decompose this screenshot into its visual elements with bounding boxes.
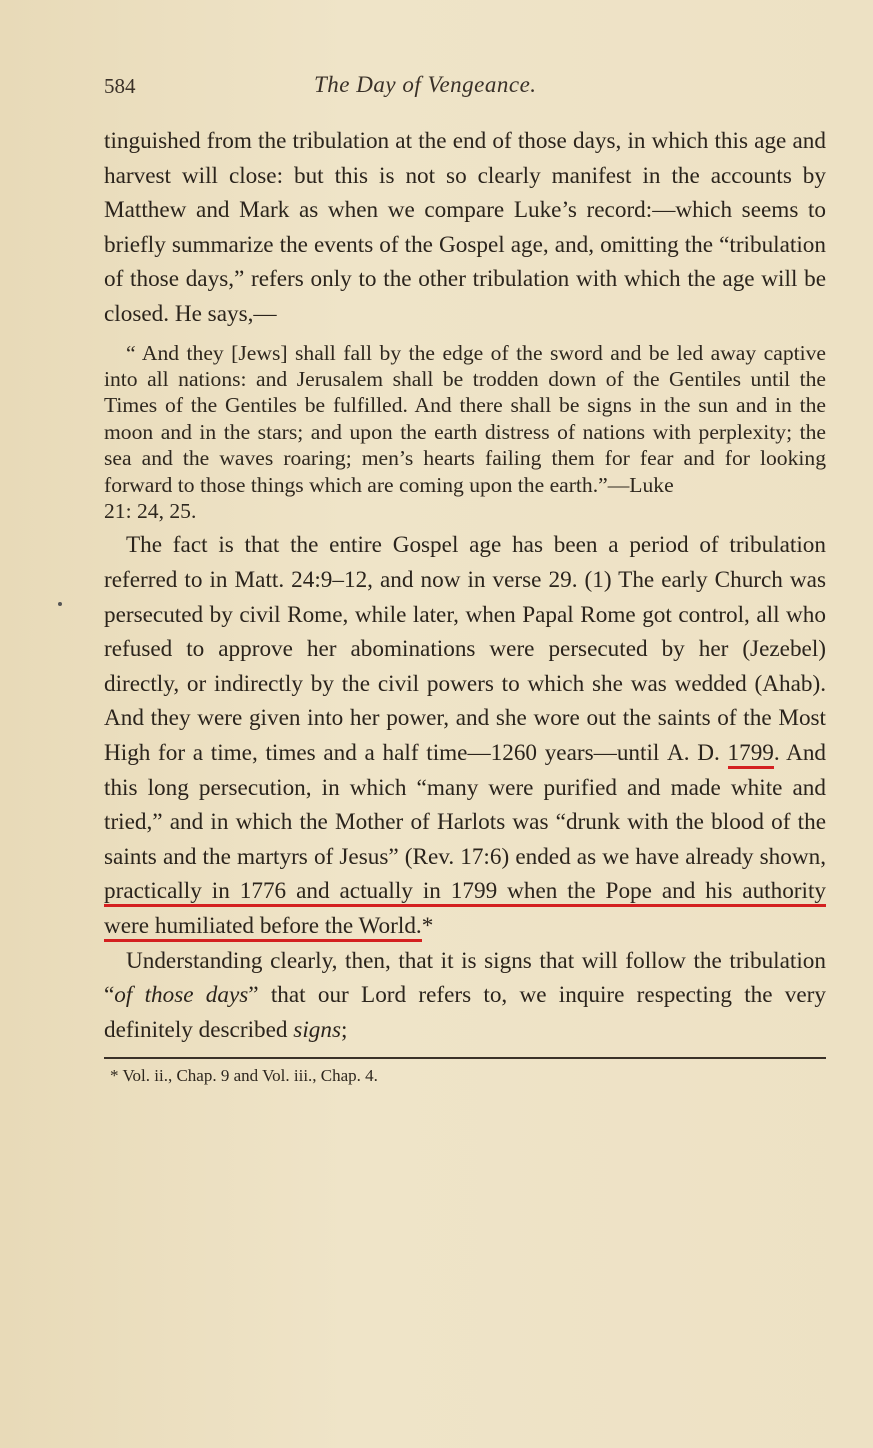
italic-signs: signs (293, 1017, 341, 1043)
running-title: The Day of Vengeance. (314, 72, 537, 98)
highlighted-year: 1799 (728, 740, 774, 769)
scripture-quote: “ And they [Jews] shall fall by the edge… (104, 340, 826, 525)
quote-reference: 21: 24, 25. (104, 498, 826, 524)
paragraph-continuation: tinguished from the tribulation at the e… (104, 124, 826, 332)
paragraph-text: The fact is that the entire Gospel age h… (104, 532, 826, 766)
footnote-marker: * (422, 913, 434, 939)
body-text: tinguished from the tribulation at the e… (104, 124, 826, 1047)
footnote-divider (104, 1057, 826, 1059)
paragraph-end: ; (341, 1017, 347, 1043)
book-page: 584 The Day of Vengeance. tinguished fro… (104, 70, 826, 1087)
page-number: 584 (104, 74, 136, 99)
paragraph-signs: Understanding clearly, then, that it is … (104, 944, 826, 1048)
highlighted-passage: practically in 1776 and actually in 1799… (104, 878, 826, 942)
quote-text: “ And they [Jews] shall fall by the edge… (104, 341, 826, 497)
footnote: * Vol. ii., Chap. 9 and Vol. iii., Chap.… (104, 1065, 826, 1087)
running-head: 584 The Day of Vengeance. (104, 70, 826, 110)
margin-mark (58, 602, 62, 606)
era-label: A. D. (667, 740, 720, 766)
paragraph-tribulation: The fact is that the entire Gospel age h… (104, 528, 826, 943)
italic-phrase: of those days (114, 982, 248, 1008)
